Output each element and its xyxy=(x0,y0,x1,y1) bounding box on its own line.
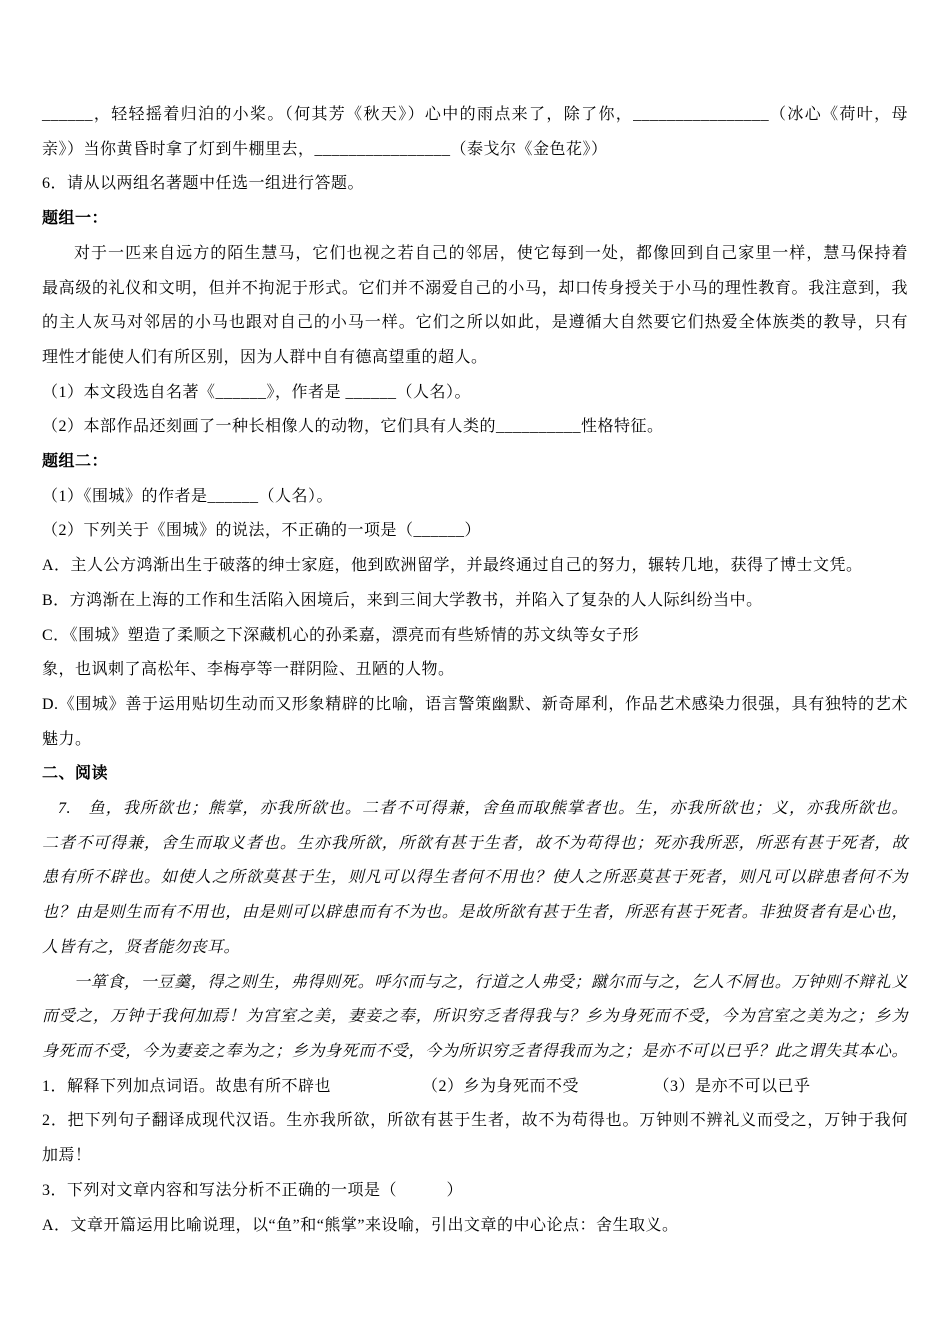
group-2-option-c: C．《围城》塑造了柔顺之下深藏机心的孙柔嘉，漂亮而有些矫情的苏文纨等女子形 xyxy=(42,619,908,654)
dictation-fill-blank-line-2: 亲》）当你黄昏时拿了灯到牛棚里去，________________（泰戈尔《金色… xyxy=(42,133,908,168)
group-1-subquestion-2: （2）本部作品还刻画了一种长相像人的动物，它们具有人类的__________性格… xyxy=(42,410,908,445)
group-2-option-d: D.《围城》善于运用贴切生动而又形象精辟的比喻，语言警策幽默、新奇犀利，作品艺术… xyxy=(42,688,908,723)
section-2-reading-heading: 二、阅读 xyxy=(42,757,908,792)
classical-passage-line: 患有所不辟也。如使人之所欲莫甚于生，则凡可以得生者何不用也？使人之所恶莫甚于死者… xyxy=(42,861,908,896)
reading-question-2-cont: 加焉！ xyxy=(42,1139,908,1174)
group-1-passage-line: 理性才能使人们有所区别，因为人群中自有德高望重的超人。 xyxy=(42,341,908,376)
group-1-passage-line: 对于一匹来自远方的陌生慧马，它们也视之若自己的邻居，使它每到一处，都像回到自己家… xyxy=(42,237,908,272)
group-2-heading: 题组二： xyxy=(42,445,908,480)
group-1-passage-line: 的主人灰马对邻居的小马也跟对自己的小马一样。它们之所以如此，是遵循大自然要它们热… xyxy=(42,306,908,341)
group-1-passage-line: 最高级的礼仪和文明，但并不拘泥于形式。它们并不溺爱自己的小马，却口传身授关于小马… xyxy=(42,272,908,307)
group-2-subquestion-2: （2）下列关于《围城》的说法，不正确的一项是（______） xyxy=(42,514,908,549)
reading-question-3: 3．下列对文章内容和写法分析不正确的一项是（ ） xyxy=(42,1174,908,1209)
group-2-option-a: A．主人公方鸿渐出生于破落的绅士家庭，他到欧洲留学，并最终通过自己的努力，辗转几… xyxy=(42,549,908,584)
classical-passage-line: 一箪食，一豆羹，得之则生，弗得则死。呼尔而与之，行道之人弗受；蹴尔而与之，乞人不… xyxy=(42,966,908,1001)
group-2-option-b: B．方鸿渐在上海的工作和生活陷入困境后，来到三间大学教书，并陷入了复杂的人人际纠… xyxy=(42,584,908,619)
classical-passage-line: 而受之，万钟于我何加焉！为宫室之美，妻妾之奉，所识穷乏者得我与？乡为身死而不受，… xyxy=(42,1000,908,1035)
group-1-heading: 题组一： xyxy=(42,202,908,237)
reading-question-2: 2．把下列句子翻译成现代汉语。生亦我所欲，所欲有甚于生者，故不为苟得也。万钟则不… xyxy=(42,1104,908,1139)
classical-passage-line: 也？由是则生而有不用也，由是则可以辟患而有不为也。是故所欲有甚于生者，所恶有甚于… xyxy=(42,896,908,931)
classical-passage-line: 7. 鱼，我所欲也；熊掌，亦我所欲也。二者不可得兼，舍鱼而取熊掌者也。生，亦我所… xyxy=(42,792,908,827)
dictation-fill-blank-line-1: ______，轻轻摇着归泊的小桨。（何其芳《秋天》）心中的雨点来了，除了你，__… xyxy=(42,98,908,133)
group-2-option-d-cont: 魅力。 xyxy=(42,723,908,758)
classical-passage-line: 二者不可得兼，舍生而取义者也。生亦我所欲，所欲有甚于生者，故不为苟得也；死亦我所… xyxy=(42,827,908,862)
reading-question-1: 1．解释下列加点词语。故患有所不辟也 （2）乡为身死而不受 （3）是亦不可以已乎 xyxy=(42,1070,908,1105)
classical-passage-line: 人皆有之，贤者能勿丧耳。 xyxy=(42,931,908,966)
reading-question-3-option-a: A．文章开篇运用比喻说理，以“鱼”和“熊掌”来设喻，引出文章的中心论点：舍生取义… xyxy=(42,1209,908,1244)
group-1-subquestion-1: （1）本文段选自名著《______》，作者是 ______（人名）。 xyxy=(42,376,908,411)
classical-passage-line: 身死而不受，今为妻妾之奉为之；乡为身死而不受，今为所识穷乏者得我而为之；是亦不可… xyxy=(42,1035,908,1070)
question-6-stem: 6．请从以两组名著题中任选一组进行答题。 xyxy=(42,167,908,202)
exam-page: ______，轻轻摇着归泊的小桨。（何其芳《秋天》）心中的雨点来了，除了你，__… xyxy=(0,0,950,1344)
group-2-option-c-cont: 象，也讽刺了高松年、李梅亭等一群阴险、丑陋的人物。 xyxy=(42,653,908,688)
group-2-subquestion-1: （1）《围城》的作者是______（人名）。 xyxy=(42,480,908,515)
